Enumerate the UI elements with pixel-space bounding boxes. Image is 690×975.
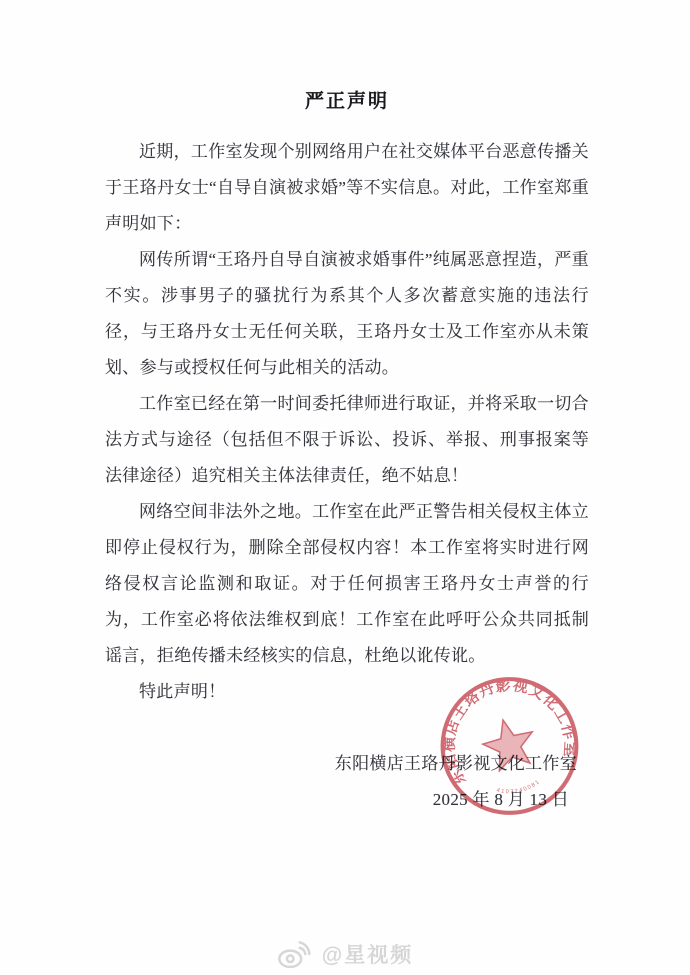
- paragraph-warning: 网络空间非法外之地。工作室在此严正警告相关侵权主体立即停止侵权行为，删除全部侵权…: [105, 494, 589, 674]
- statement-page: 严正声明 近期，工作室发现个别网络用户在社交媒体平台恶意传播关于王珞丹女士“自导…: [0, 0, 690, 975]
- document-title: 严正声明: [105, 84, 589, 120]
- paragraph-denial: 网传所谓“王珞丹自导自演被求婚事件”纯属恶意捏造，严重不实。涉事男子的骚扰行为系…: [105, 242, 589, 386]
- weibo-icon: [277, 939, 313, 969]
- paragraph-intro: 近期，工作室发现个别网络用户在社交媒体平台恶意传播关于王珞丹女士“自导自演被求婚…: [105, 134, 589, 242]
- signature-line: 东阳横店王珞丹影视文化工作室: [105, 746, 589, 782]
- watermark-label: @星视频: [322, 939, 413, 969]
- closing-line: 特此声明！: [105, 674, 589, 710]
- watermark: @星视频: [0, 939, 690, 969]
- statement-body: 严正声明 近期，工作室发现个别网络用户在社交媒体平台恶意传播关于王珞丹女士“自导…: [105, 84, 589, 818]
- paragraph-legal-action: 工作室已经在第一时间委托律师进行取证，并将采取一切合法方式与途径（包括但不限于诉…: [105, 386, 589, 494]
- date-line: 2025 年 8 月 13 日: [105, 782, 589, 818]
